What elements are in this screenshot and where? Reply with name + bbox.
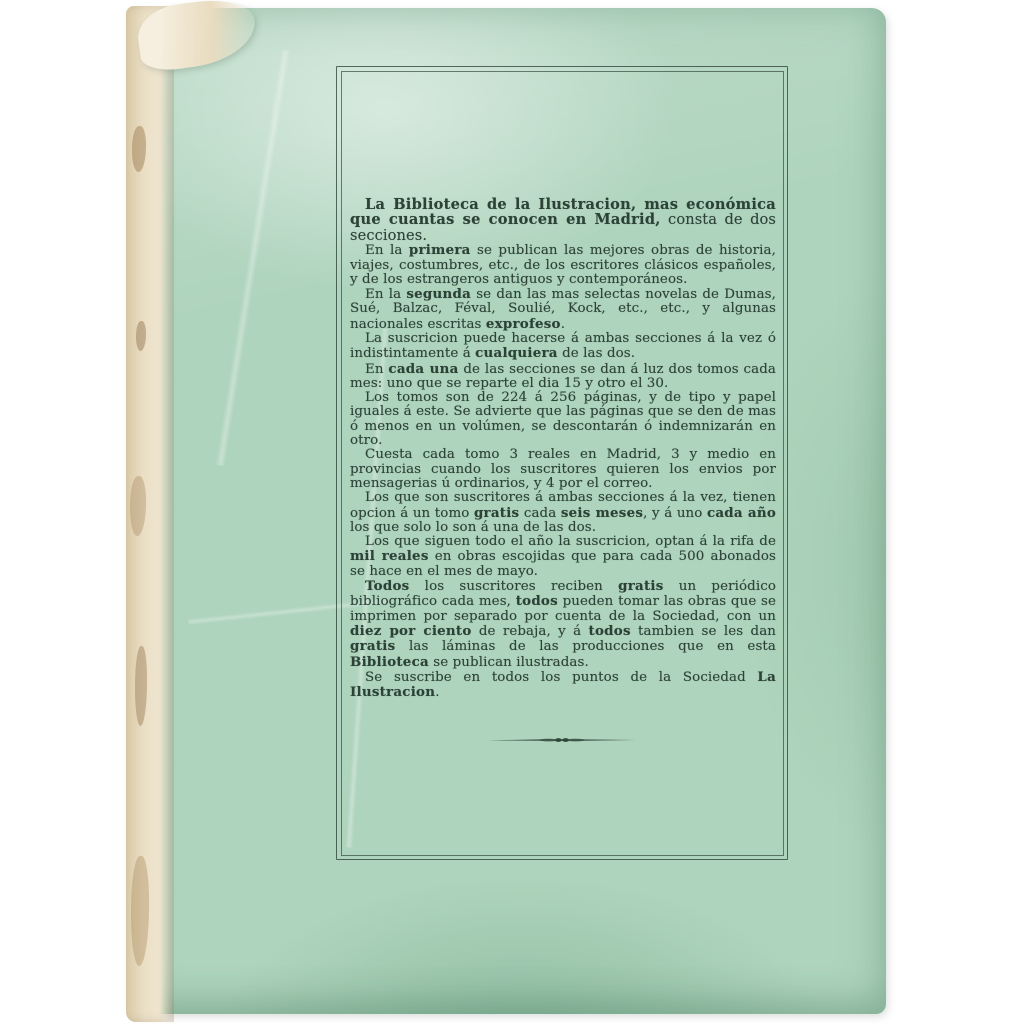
photo-background: La Biblioteca de la Ilustracion, mas eco… bbox=[0, 0, 1024, 1024]
spine-stain bbox=[135, 646, 147, 726]
bold-text: todos bbox=[516, 593, 558, 609]
bold-text: exprofeso bbox=[486, 316, 561, 332]
text: de rebaja, y á bbox=[472, 624, 589, 639]
spine-stain bbox=[131, 856, 149, 966]
text: En la bbox=[365, 287, 406, 302]
worn-spine-edge bbox=[126, 6, 174, 1022]
paragraph: En la primera se publican las mejores ob… bbox=[350, 243, 776, 287]
spine-stain bbox=[132, 126, 146, 172]
bold-text: primera bbox=[409, 242, 471, 258]
paragraph: La suscricion puede hacerse á ambas secc… bbox=[350, 332, 776, 362]
text-block: La Biblioteca de la Ilustracion, mas eco… bbox=[350, 197, 776, 700]
text: tambien se les dan bbox=[631, 624, 776, 639]
text: . bbox=[561, 317, 565, 332]
bold-text: gratis bbox=[474, 505, 519, 521]
bold-text: seis meses bbox=[561, 505, 643, 521]
paragraph: En la segunda se dan las mas selectas no… bbox=[350, 287, 776, 332]
paragraph: Los tomos son de 224 á 256 páginas, y de… bbox=[350, 391, 776, 448]
text: Cuesta cada tomo 3 reales en Madrid, 3 y… bbox=[350, 447, 776, 491]
text: de las dos. bbox=[558, 346, 635, 361]
text: Se suscribe en todos los puntos de la So… bbox=[365, 670, 757, 685]
text: se publican ilustradas. bbox=[429, 655, 589, 670]
paragraph: La Biblioteca de la Ilustracion, mas eco… bbox=[350, 197, 776, 243]
bold-text: gratis bbox=[350, 638, 395, 654]
spine-stain bbox=[136, 321, 146, 351]
paragraph: Los que son suscritores á ambas seccione… bbox=[350, 491, 776, 535]
text: los que solo lo son á una de las dos. bbox=[350, 520, 596, 535]
text: Los tomos son de 224 á 256 páginas, y de… bbox=[350, 390, 776, 448]
text: Los que siguen todo el año la suscricion… bbox=[365, 534, 776, 549]
paragraph: Se suscribe en todos los puntos de la So… bbox=[350, 670, 776, 701]
text: , y á uno bbox=[643, 506, 707, 521]
text: En la bbox=[365, 243, 409, 258]
text: las láminas de las producciones que en e… bbox=[395, 639, 776, 654]
bold-text: cada año bbox=[707, 505, 776, 521]
crease-line bbox=[215, 50, 291, 466]
bold-text: diez por ciento bbox=[350, 623, 472, 639]
divider-ornament bbox=[337, 735, 787, 745]
bold-text: segunda bbox=[406, 286, 471, 302]
bold-text: mil reales bbox=[350, 548, 429, 564]
paragraph: Los que siguen todo el año la suscricion… bbox=[350, 535, 776, 579]
spine-stain bbox=[130, 476, 146, 536]
flourish-icon bbox=[487, 735, 637, 745]
bold-text: Todos bbox=[365, 578, 409, 594]
bold-text: todos bbox=[589, 623, 631, 639]
book-cover: La Biblioteca de la Ilustracion, mas eco… bbox=[128, 8, 886, 1014]
text: . bbox=[435, 685, 439, 700]
text: cada bbox=[519, 506, 561, 521]
bold-text: cada una bbox=[388, 361, 458, 377]
paragraph: Todos los suscritores reciben gratis un … bbox=[350, 579, 776, 670]
bold-text: cualquiera bbox=[475, 345, 558, 361]
paragraph: En cada una de las secciones se dan á lu… bbox=[350, 362, 776, 392]
text: los suscritores reciben bbox=[409, 579, 618, 594]
paragraph: Cuesta cada tomo 3 reales en Madrid, 3 y… bbox=[350, 448, 776, 491]
text: En bbox=[365, 362, 388, 377]
bold-text: gratis bbox=[618, 578, 663, 594]
border-frame: La Biblioteca de la Ilustracion, mas eco… bbox=[336, 66, 788, 860]
bold-text: Biblioteca bbox=[350, 654, 429, 670]
